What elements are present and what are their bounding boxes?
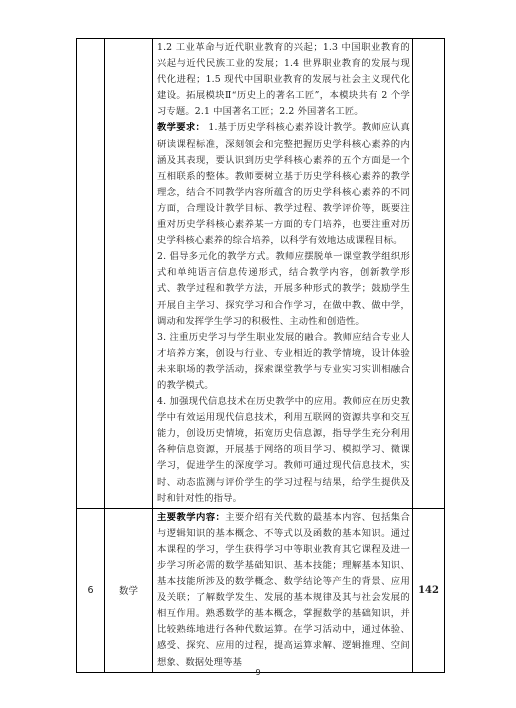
requirement-item: 3. 注重历史学习与学生职业发展的融合。教师应结合专业人才培养方案，创设与行业、… [157,330,410,394]
hours-cell: 142 [413,508,445,672]
subject-cell: 数学 [105,508,153,672]
description-cell: 1.2 工业革命与近代职业教育的兴起；1.3 中国职业教育的兴起与近代民族工业的… [153,39,413,509]
page-number: 9 [0,668,516,677]
table-row: 6 数学 主要教学内容：主要介绍有关代数的最基本内容、包括集合与逻辑知识的基本概… [77,508,445,672]
subject-cell [105,39,153,509]
hours-cell [413,39,445,509]
index-cell: 6 [77,508,105,672]
requirements-label: 教学要求： [157,122,205,133]
requirements-paragraph: 教学要求： 1.基于历史学科核心素养设计教学。教师应认真研读课程标准，深刻领会和… [157,120,410,249]
curriculum-table: 1.2 工业革命与近代职业教育的兴起；1.3 中国职业教育的兴起与近代民族工业的… [76,38,445,673]
content-label: 主要教学内容： [157,512,225,523]
requirement-item: 2. 倡导多元化的教学方式。教师应摆脱单一课堂教学组织形式和单纯语言信息传递形式… [157,249,410,329]
index-cell [77,39,105,509]
requirement-item: 4. 加强现代信息技术在历史教学中的应用。教师应在历史教学中有效运用现代信息技术… [157,394,410,507]
content-paragraph: 1.2 工业革命与近代职业教育的兴起；1.3 中国职业教育的兴起与近代民族工业的… [157,40,410,120]
content-paragraph: 主要教学内容：主要介绍有关代数的最基本内容、包括集合与逻辑知识的基本概念、不等式… [157,510,410,671]
table-row: 1.2 工业革命与近代职业教育的兴起；1.3 中国职业教育的兴起与近代民族工业的… [77,39,445,509]
description-cell: 主要教学内容：主要介绍有关代数的最基本内容、包括集合与逻辑知识的基本概念、不等式… [153,508,413,672]
